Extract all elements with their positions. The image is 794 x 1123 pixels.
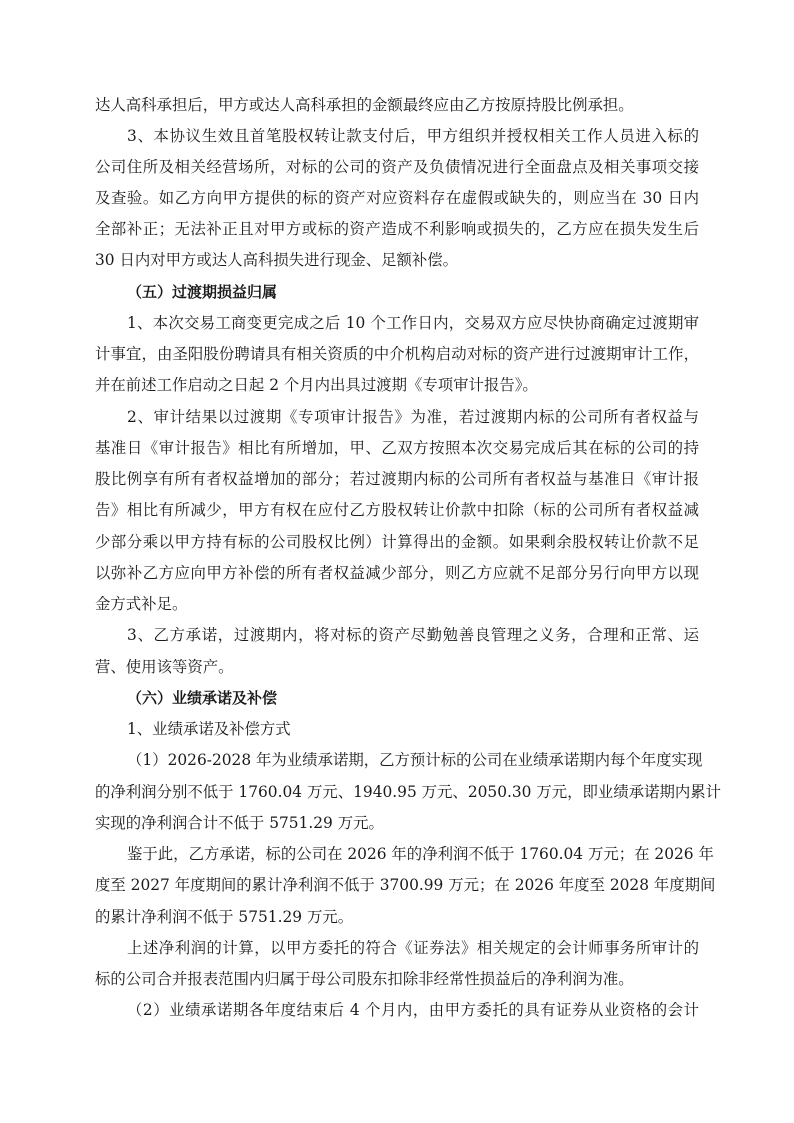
paragraph-line: 并在前述工作启动之日起 2 个月内出具过渡期《专项审计报告》。 [95, 370, 699, 401]
paragraph-line: 股比例享有所有者权益增加的部分；若过渡期内标的公司所有者权益与基准日《审计报 [95, 464, 699, 495]
paragraph-line: 实现的净利润合计不低于 5751.29 万元。 [95, 808, 699, 839]
section-heading-performance-commitment: （六）业绩承诺及补偿 [127, 683, 699, 714]
paragraph-line: 基准日《审计报告》相比有所增加，甲、乙双方按照本次交易完成后其在标的公司的持 [95, 433, 699, 464]
document-page: 达人高科承担后，甲方或达人高科承担的金额最终应由乙方按原持股比例承担。 3、本协… [0, 0, 794, 1123]
paragraph-line: 营、使用该等资产。 [95, 652, 699, 683]
paragraph-line: 的净利润分别不低于 1760.04 万元、1940.95 万元、2050.30 … [95, 777, 699, 808]
paragraph-line: 金方式补足。 [95, 589, 699, 620]
paragraph-line: 的累计净利润不低于 5751.29 万元。 [95, 902, 699, 933]
paragraph-line: 上述净利润的计算，以甲方委托的符合《证券法》相关规定的会计师事务所审计的 [127, 933, 699, 964]
paragraph-line: 度至 2027 年度期间的累计净利润不低于 3700.99 万元；在 2026 … [95, 870, 699, 901]
paragraph-line: 3、本协议生效且首笔股权转让款支付后，甲方组织并授权相关工作人员进入标的 [127, 121, 699, 152]
subsection-heading: 1、业绩承诺及补偿方式 [127, 714, 699, 745]
paragraph-line: （1）2026-2028 年为业绩承诺期，乙方预计标的公司在业绩承诺期内每个年度… [127, 745, 699, 776]
paragraph-line: 公司住所及相关经营场所，对标的公司的资产及负债情况进行全面盘点及相关事项交接 [95, 152, 699, 183]
paragraph-line: 计事宜，由圣阳股份聘请具有相关资质的中介机构启动对标的资产进行过渡期审计工作， [95, 339, 699, 370]
paragraph-line: 3、乙方承诺，过渡期内，将对标的资产尽勤勉善良管理之义务，合理和正常、运 [127, 620, 699, 651]
paragraph-line: 达人高科承担后，甲方或达人高科承担的金额最终应由乙方按原持股比例承担。 [95, 90, 699, 121]
paragraph-line: （2）业绩承诺期各年度结束后 4 个月内，由甲方委托的具有证券从业资格的会计 [127, 995, 699, 1026]
paragraph-line: 及查验。如乙方向甲方提供的标的资产对应资料存在虚假或缺失的，则应当在 30 日内 [95, 183, 699, 214]
paragraph-line: 标的公司合并报表范围内归属于母公司股东扣除非经常性损益后的净利润为准。 [95, 964, 699, 995]
paragraph-line: 少部分乘以甲方持有标的公司股权比例）计算得出的金额。如果剩余股权转让价款不足 [95, 527, 699, 558]
paragraph-line: 1、本次交易工商变更完成之后 10 个工作日内，交易双方应尽快协商确定过渡期审 [127, 308, 699, 339]
paragraph-line: 以弥补乙方应向甲方补偿的所有者权益减少部分，则乙方应就不足部分另行向甲方以现 [95, 558, 699, 589]
paragraph-line: 告》相比有所减少，甲方有权在应付乙方股权转让价款中扣除（标的公司所有者权益减 [95, 495, 699, 526]
paragraph-line: 全部补正；无法补正且对甲方或标的资产造成不利影响或损失的，乙方应在损失发生后 [95, 214, 699, 245]
paragraph-line: 30 日内对甲方或达人高科损失进行现金、足额补偿。 [95, 245, 699, 276]
section-heading-transition-period: （五）过渡期损益归属 [127, 277, 699, 308]
paragraph-line: 2、审计结果以过渡期《专项审计报告》为准，若过渡期内标的公司所有者权益与 [127, 402, 699, 433]
paragraph-line: 鉴于此，乙方承诺，标的公司在 2026 年的净利润不低于 1760.04 万元；… [127, 839, 699, 870]
